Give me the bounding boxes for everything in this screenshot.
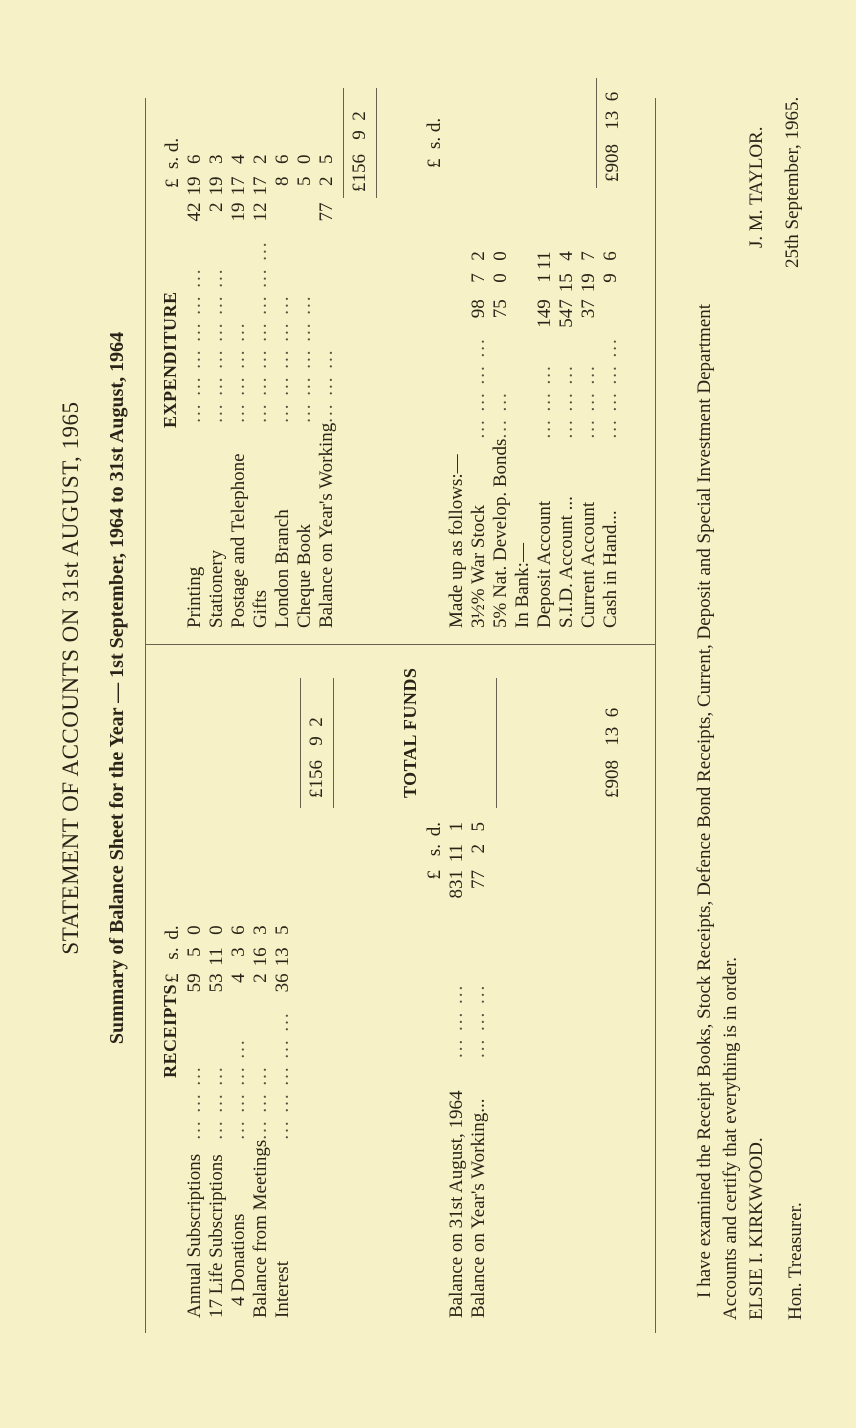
table-row: 17 Life Subscriptions ... ... ... 53 11 …	[206, 925, 228, 1318]
table-row: Stationery ... ... ... ... ... ... 2 19 …	[206, 155, 228, 628]
document-title: STATEMENT OF ACCOUNTS ON 31st AUGUST, 19…	[58, 278, 84, 1078]
center-divider	[145, 644, 655, 645]
top-rule	[145, 98, 146, 1333]
table-row: Current Account ... ... ... 37 19 7	[578, 251, 600, 628]
madeup-currency-header: £ s. d.	[424, 118, 446, 168]
table-row: In Bank:—	[512, 251, 534, 628]
table-row: Cash in Hand... ... ... ... ... 9 6	[600, 251, 622, 628]
receipts-total: £156 9 2	[306, 717, 328, 798]
expenditure-total-rule	[376, 88, 377, 198]
expenditure-heading: EXPENDITURE	[160, 291, 181, 428]
pence-header: d.	[162, 925, 184, 947]
expenditure-sum-rule	[343, 88, 344, 198]
treasurer-name: ELSIE I. KIRKWOOD.	[745, 1137, 769, 1320]
table-row: 4 Donations ... ... ... ... 4 3 6	[228, 925, 250, 1318]
table-row: Annual Subscriptions ... ... ... 59 5 0	[184, 925, 206, 1318]
table-row: Deposit Account ... ... ... 149 1 11	[534, 251, 556, 628]
expenditure-total: £156 9 2	[349, 111, 371, 192]
made-up-total: £908 13 6	[602, 92, 624, 182]
certification-line-1: I have examined the Receipt Books, Stock…	[693, 304, 717, 1298]
receipts-table: £ s. d. Annual Subscriptions ... ... ...…	[162, 925, 294, 1318]
rotated-page: STATEMENT OF ACCOUNTS ON 31st AUGUST, 19…	[0, 0, 856, 1428]
shillings-header: s.	[162, 947, 184, 973]
bottom-rule	[655, 98, 656, 1333]
certification-line-2: Accounts and certify that everything is …	[719, 957, 743, 1320]
total-funds-table: £ s. d. Balance on 31st August, 1964 ...…	[424, 822, 490, 1318]
funds-sum-rule	[496, 678, 497, 808]
table-row: Balance on 31st August, 1964 ... ... ...…	[446, 822, 468, 1318]
madeup-sum-rule	[596, 78, 597, 188]
table-row: 3½% War Stock ... ... ... ... 98 7 2	[468, 251, 490, 628]
table-row: Made up as follows:—	[446, 251, 468, 628]
table-row: Gifts ... ... ... ... ... ... ... 12 17 …	[250, 155, 272, 628]
currency-header-row: £ s. d.	[424, 822, 446, 1318]
receipts-sum-rule	[300, 678, 301, 808]
table-row: S.I.D. Account ... ... ... ... 547 15 4	[556, 251, 578, 628]
made-up-table: Made up as follows:— 3½% War Stock ... .…	[446, 251, 622, 628]
table-row: London Branch ... ... ... ... ... 8 6	[272, 155, 294, 628]
currency-header-row: £ s. d.	[162, 925, 184, 1318]
table-row: Interest ... ... ... ... ... 36 13 5	[272, 925, 294, 1318]
table-row: Balance on Year's Working ... ... ... 77…	[316, 155, 338, 628]
document-subtitle: Summary of Balance Sheet for the Year — …	[106, 188, 129, 1188]
certification-date: 25th September, 1965.	[781, 97, 805, 268]
expenditure-table: Printing ... ... ... ... ... ... 42 19 6…	[184, 155, 338, 628]
table-row: Postage and Telephone ... ... ... ... 19…	[228, 155, 250, 628]
table-row: Balance on Year's Working... ... ... ...…	[468, 822, 490, 1318]
expenditure-currency-header: £ s. d.	[162, 138, 184, 188]
table-row: Printing ... ... ... ... ... ... 42 19 6	[184, 155, 206, 628]
pounds-header: £	[162, 973, 184, 1011]
receipts-total-rule	[333, 678, 334, 808]
table-row: Balance from Meetings ... ... ... 2 16 3	[250, 925, 272, 1318]
table-row: 5% Nat. Develop. Bonds ... ... 75 0 0	[490, 251, 512, 628]
treasurer-title: Hon. Treasurer.	[784, 1202, 808, 1320]
auditor-name: J. M. TAYLOR.	[745, 127, 769, 248]
total-funds-heading: TOTAL FUNDS	[400, 668, 421, 798]
total-funds-total: £908 13 6	[602, 708, 624, 798]
table-row: Cheque Book ... ... ... ... ... 5 0	[294, 155, 316, 628]
